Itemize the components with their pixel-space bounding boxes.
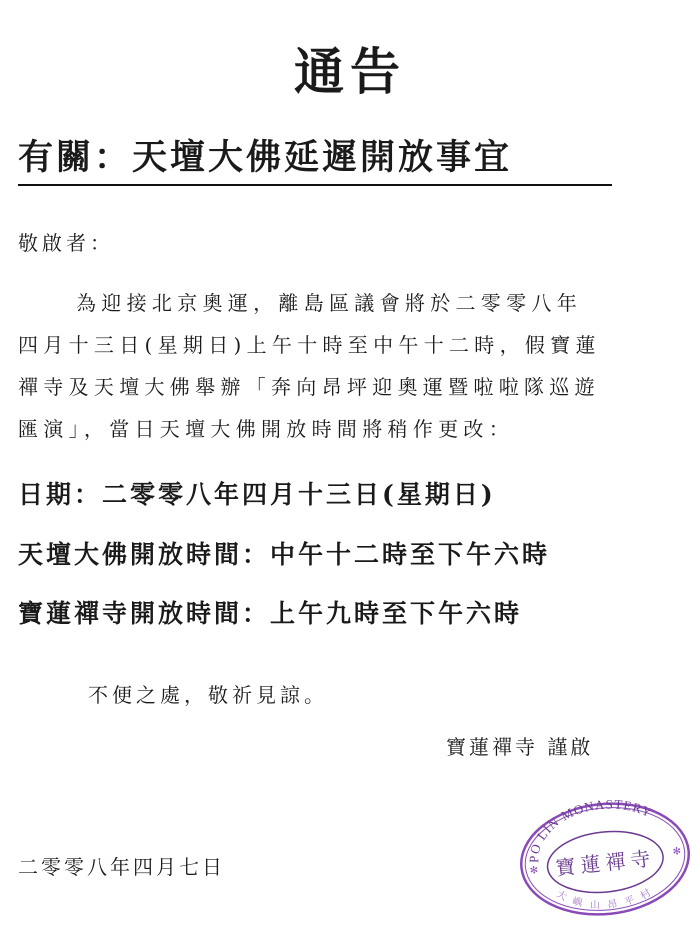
monastery-stamp: PO LIN MONASTERY 寶蓮禪寺 大嶼山昂平村 ✻ ✻: [517, 800, 693, 918]
big-buddha-hours-line: 天壇大佛開放時間：中午十二時至下午六時: [18, 538, 550, 572]
body-line: 為迎接北京奧運，離島區議會將於二零零八年: [18, 282, 618, 324]
issue-date: 二零零八年四月七日: [18, 852, 225, 882]
salutation: 敬啟者：: [18, 228, 114, 258]
body-line: 匯演」，當日天壇大佛開放時間將稍作更改：: [18, 408, 618, 450]
body-line: 四月十三日(星期日)上午十時至中午十二時，假寶蓮: [18, 324, 618, 366]
body-paragraph: 為迎接北京奧運，離島區議會將於二零零八年 四月十三日(星期日)上午十時至中午十二…: [18, 282, 618, 450]
event-date-line: 日期：二零零八年四月十三日(星期日): [18, 478, 496, 512]
notice-subject: 有關：天壇大佛延遲開放事宜: [18, 136, 612, 186]
body-line: 禪寺及天壇大佛舉辦「奔向昂坪迎奧運暨啦啦隊巡遊: [18, 366, 618, 408]
svg-text:✻: ✻: [529, 865, 538, 877]
notice-title: 通告: [0, 42, 700, 102]
closing-remark: 不便之處，敬祈見諒。: [88, 680, 328, 710]
svg-text:✻: ✻: [672, 846, 681, 858]
stamp-chinese-name: 寶蓮禪寺: [554, 846, 656, 880]
signature: 寶蓮禪寺 謹啟: [446, 732, 593, 762]
stamp-seal-icon: PO LIN MONASTERY 寶蓮禪寺 大嶼山昂平村 ✻ ✻: [517, 800, 693, 918]
monastery-hours-line: 寶蓮禪寺開放時間：上午九時至下午六時: [18, 597, 522, 631]
